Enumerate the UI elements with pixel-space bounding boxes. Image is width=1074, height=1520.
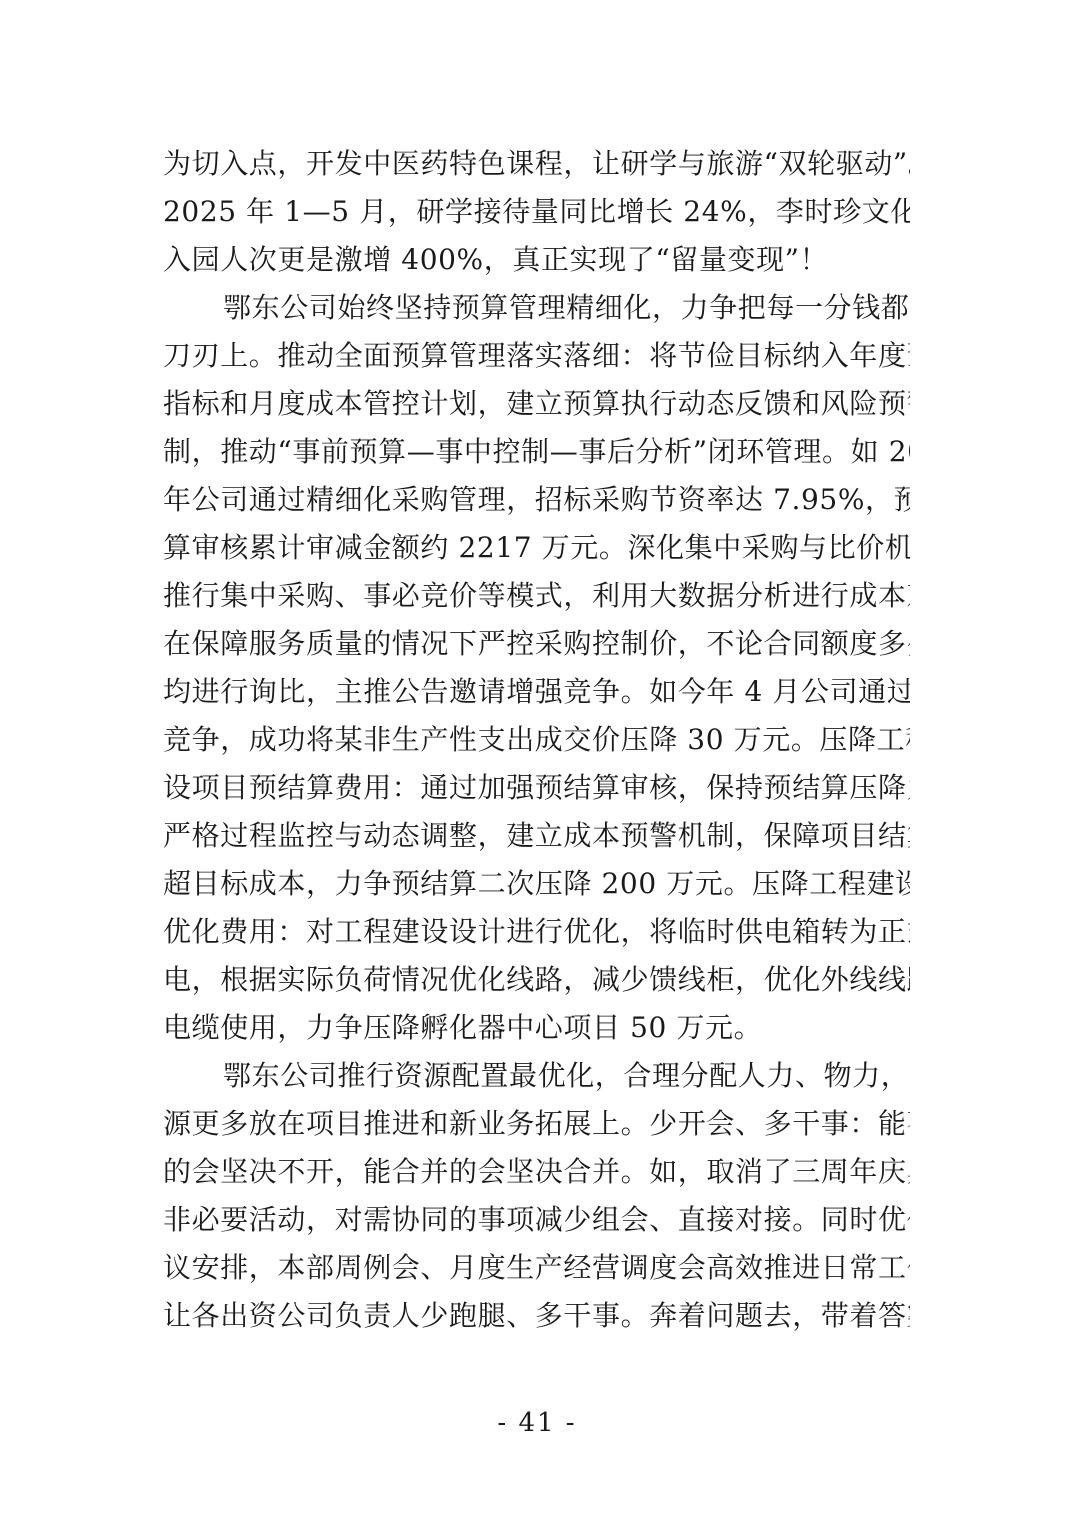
paragraph-3: 鄂东公司推行资源配置最优化，合理分配人力、物力，将资 源更多放在项目推进和新业务…: [163, 1052, 910, 1340]
text-line: 刀刃上。推动全面预算管理落实落细：将节俭目标纳入年度预算: [163, 332, 910, 380]
text-line: 年公司通过精细化采购管理，招标采购节资率达 7.95%，预算结: [163, 476, 910, 524]
text-line: 推行集中采购、事必竞价等模式，利用大数据分析进行成本对比，: [163, 572, 910, 620]
text-line: 在保障服务质量的情况下严控采购控制价，不论合同额度多少，: [163, 620, 910, 668]
text-line: 鄂东公司推行资源配置最优化，合理分配人力、物力，将资: [163, 1052, 910, 1100]
text-line: 设项目预结算费用：通过加强预结算审核，保持预结算压降力度；: [163, 764, 910, 812]
paragraph-1: 为切入点，开发中医药特色课程，让研学与旅游“双轮驱动”。 2025 年 1—5 …: [163, 140, 910, 284]
text-line: 议安排，本部周例会、月度生产经营调度会高效推进日常工作，: [163, 1244, 910, 1292]
text-line: 为切入点，开发中医药特色课程，让研学与旅游“双轮驱动”。: [163, 140, 910, 188]
paragraph-2: 鄂东公司始终坚持预算管理精细化，力争把每一分钱都花在 刀刃上。推动全面预算管理落…: [163, 284, 910, 1052]
page-number: - 41 -: [0, 1408, 1074, 1438]
text-line: 均进行询比，主推公告邀请增强竞争。如今年 4 月公司通过市场: [163, 668, 910, 716]
text-line: 源更多放在项目推进和新业务拓展上。少开会、多干事：能不开: [163, 1100, 910, 1148]
text-line: 入园人次更是激增 400%，真正实现了“留量变现”！: [163, 236, 910, 284]
text-line: 优化费用：对工程建设设计进行优化，将临时供电箱转为正式供: [163, 908, 910, 956]
text-line: 竞争，成功将某非生产性支出成交价压降 30 万元。压降工程建: [163, 716, 910, 764]
text-line: 指标和月度成本管控计划，建立预算执行动态反馈和风险预警机: [163, 380, 910, 428]
body-text: 为切入点，开发中医药特色课程，让研学与旅游“双轮驱动”。 2025 年 1—5 …: [163, 140, 910, 1340]
text-line: 严格过程监控与动态调整，建立成本预警机制，保障项目结算不: [163, 812, 910, 860]
text-line: 超目标成本，力争预结算二次压降 200 万元。压降工程建设设计: [163, 860, 910, 908]
text-line: 算审核累计审减金额约 2217 万元。深化集中采购与比价机制：: [163, 524, 910, 572]
text-line: 电，根据实际负荷情况优化线路，减少馈线柜，优化外线线路及: [163, 956, 910, 1004]
document-page: 为切入点，开发中医药特色课程，让研学与旅游“双轮驱动”。 2025 年 1—5 …: [0, 0, 1074, 1520]
text-line: 非必要活动，对需协同的事项减少组会、直接对接。同时优化会: [163, 1196, 910, 1244]
text-line: 的会坚决不开，能合并的会坚决合并。如，取消了三周年庆典等: [163, 1148, 910, 1196]
text-line: 让各出资公司负责人少跑腿、多干事。奔着问题去，带着答案回：: [163, 1292, 910, 1340]
text-line: 电缆使用，力争压降孵化器中心项目 50 万元。: [163, 1004, 910, 1052]
text-line: 2025 年 1—5 月，研学接待量同比增长 24%，李时珍文化旅游区: [163, 188, 910, 236]
text-line: 制，推动“事前预算—事中控制—事后分析”闭环管理。如 2024: [163, 428, 910, 476]
text-line: 鄂东公司始终坚持预算管理精细化，力争把每一分钱都花在: [163, 284, 910, 332]
